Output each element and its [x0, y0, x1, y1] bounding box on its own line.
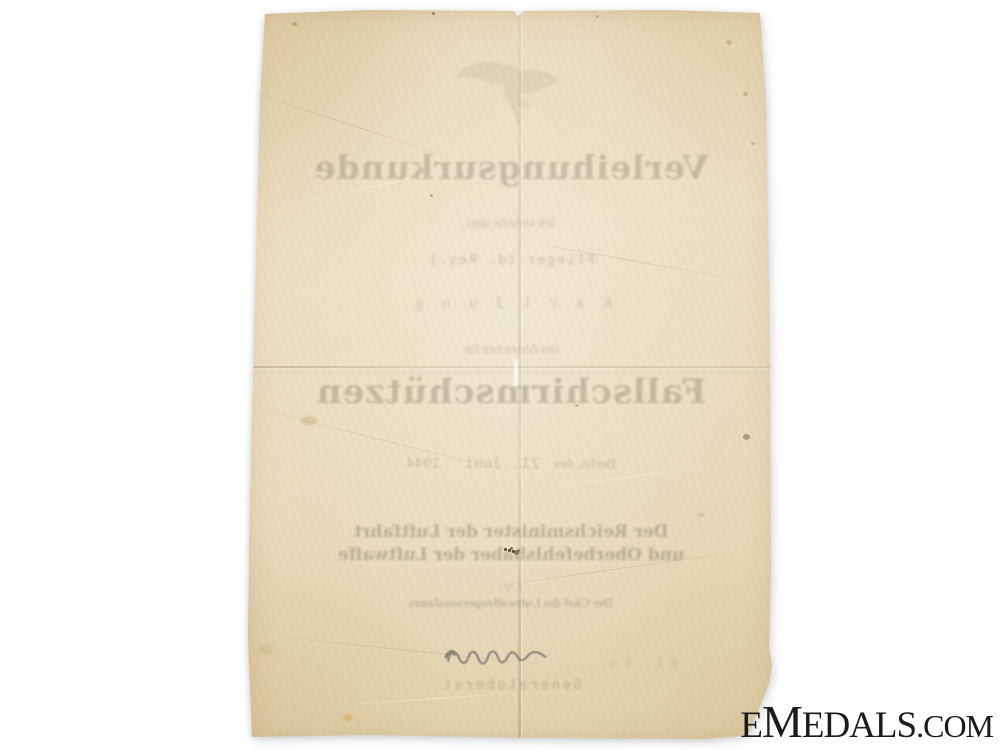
emedals-watermark: EMEDALS.COM [740, 695, 993, 748]
place-date-line-bleed: Berlin, den21. Juni1944 [246, 456, 776, 473]
award-intro-bleed: das Abzeichen für [246, 341, 776, 357]
vertical-fold-crease [518, 8, 521, 744]
recipient-name-bleed: K a r l J u n g [246, 296, 776, 312]
document-title-bleed: Verleihungsurkunde [246, 148, 776, 187]
chief-line-bleed: Der Chef des Luftwaffenpersonalamts [246, 596, 776, 611]
year: 1944 [406, 456, 440, 472]
signer-rank-bleed: Generaloberst [246, 678, 776, 693]
award-name-bleed: Fallschirmschützen [246, 372, 776, 412]
watermark-letter: M [762, 696, 802, 747]
product-photo: Verleihungsurkunde Ich verleihe dem Flie… [0, 0, 1000, 750]
fold-crack-highlight [514, 359, 518, 387]
document-photo: Verleihungsurkunde Ich verleihe dem Flie… [246, 8, 776, 744]
ink-fleck [504, 548, 507, 551]
watermark-letters: COM [923, 708, 993, 744]
bleedthrough-layer: Verleihungsurkunde Ich verleihe dem Flie… [246, 8, 776, 744]
watermark-letter: E [740, 705, 762, 746]
pencil-annotation-bleed: VI 44 [590, 656, 690, 670]
presentation-line-bleed: Ich verleihe dem [246, 215, 776, 231]
document-paper-reverse: Verleihungsurkunde Ich verleihe dem Flie… [246, 8, 776, 744]
deputy-line-bleed: I. V.: [246, 580, 776, 595]
horizontal-fold-crease [246, 366, 776, 368]
typed-date: 21. Juni [464, 456, 539, 472]
place-date-prefix: Berlin, den [553, 457, 615, 472]
authority-line2-bleed: und Oberbefehlshaber der Luftwaffe [246, 545, 776, 565]
watermark-letters: EDALS [802, 705, 916, 746]
eagle-emblem-icon [450, 58, 565, 130]
signature [442, 638, 550, 676]
authority-line1-bleed: Der Reichsminister der Luftfahrt [246, 522, 776, 542]
recipient-rank-bleed: Flieger (d. Res.) [246, 253, 776, 268]
